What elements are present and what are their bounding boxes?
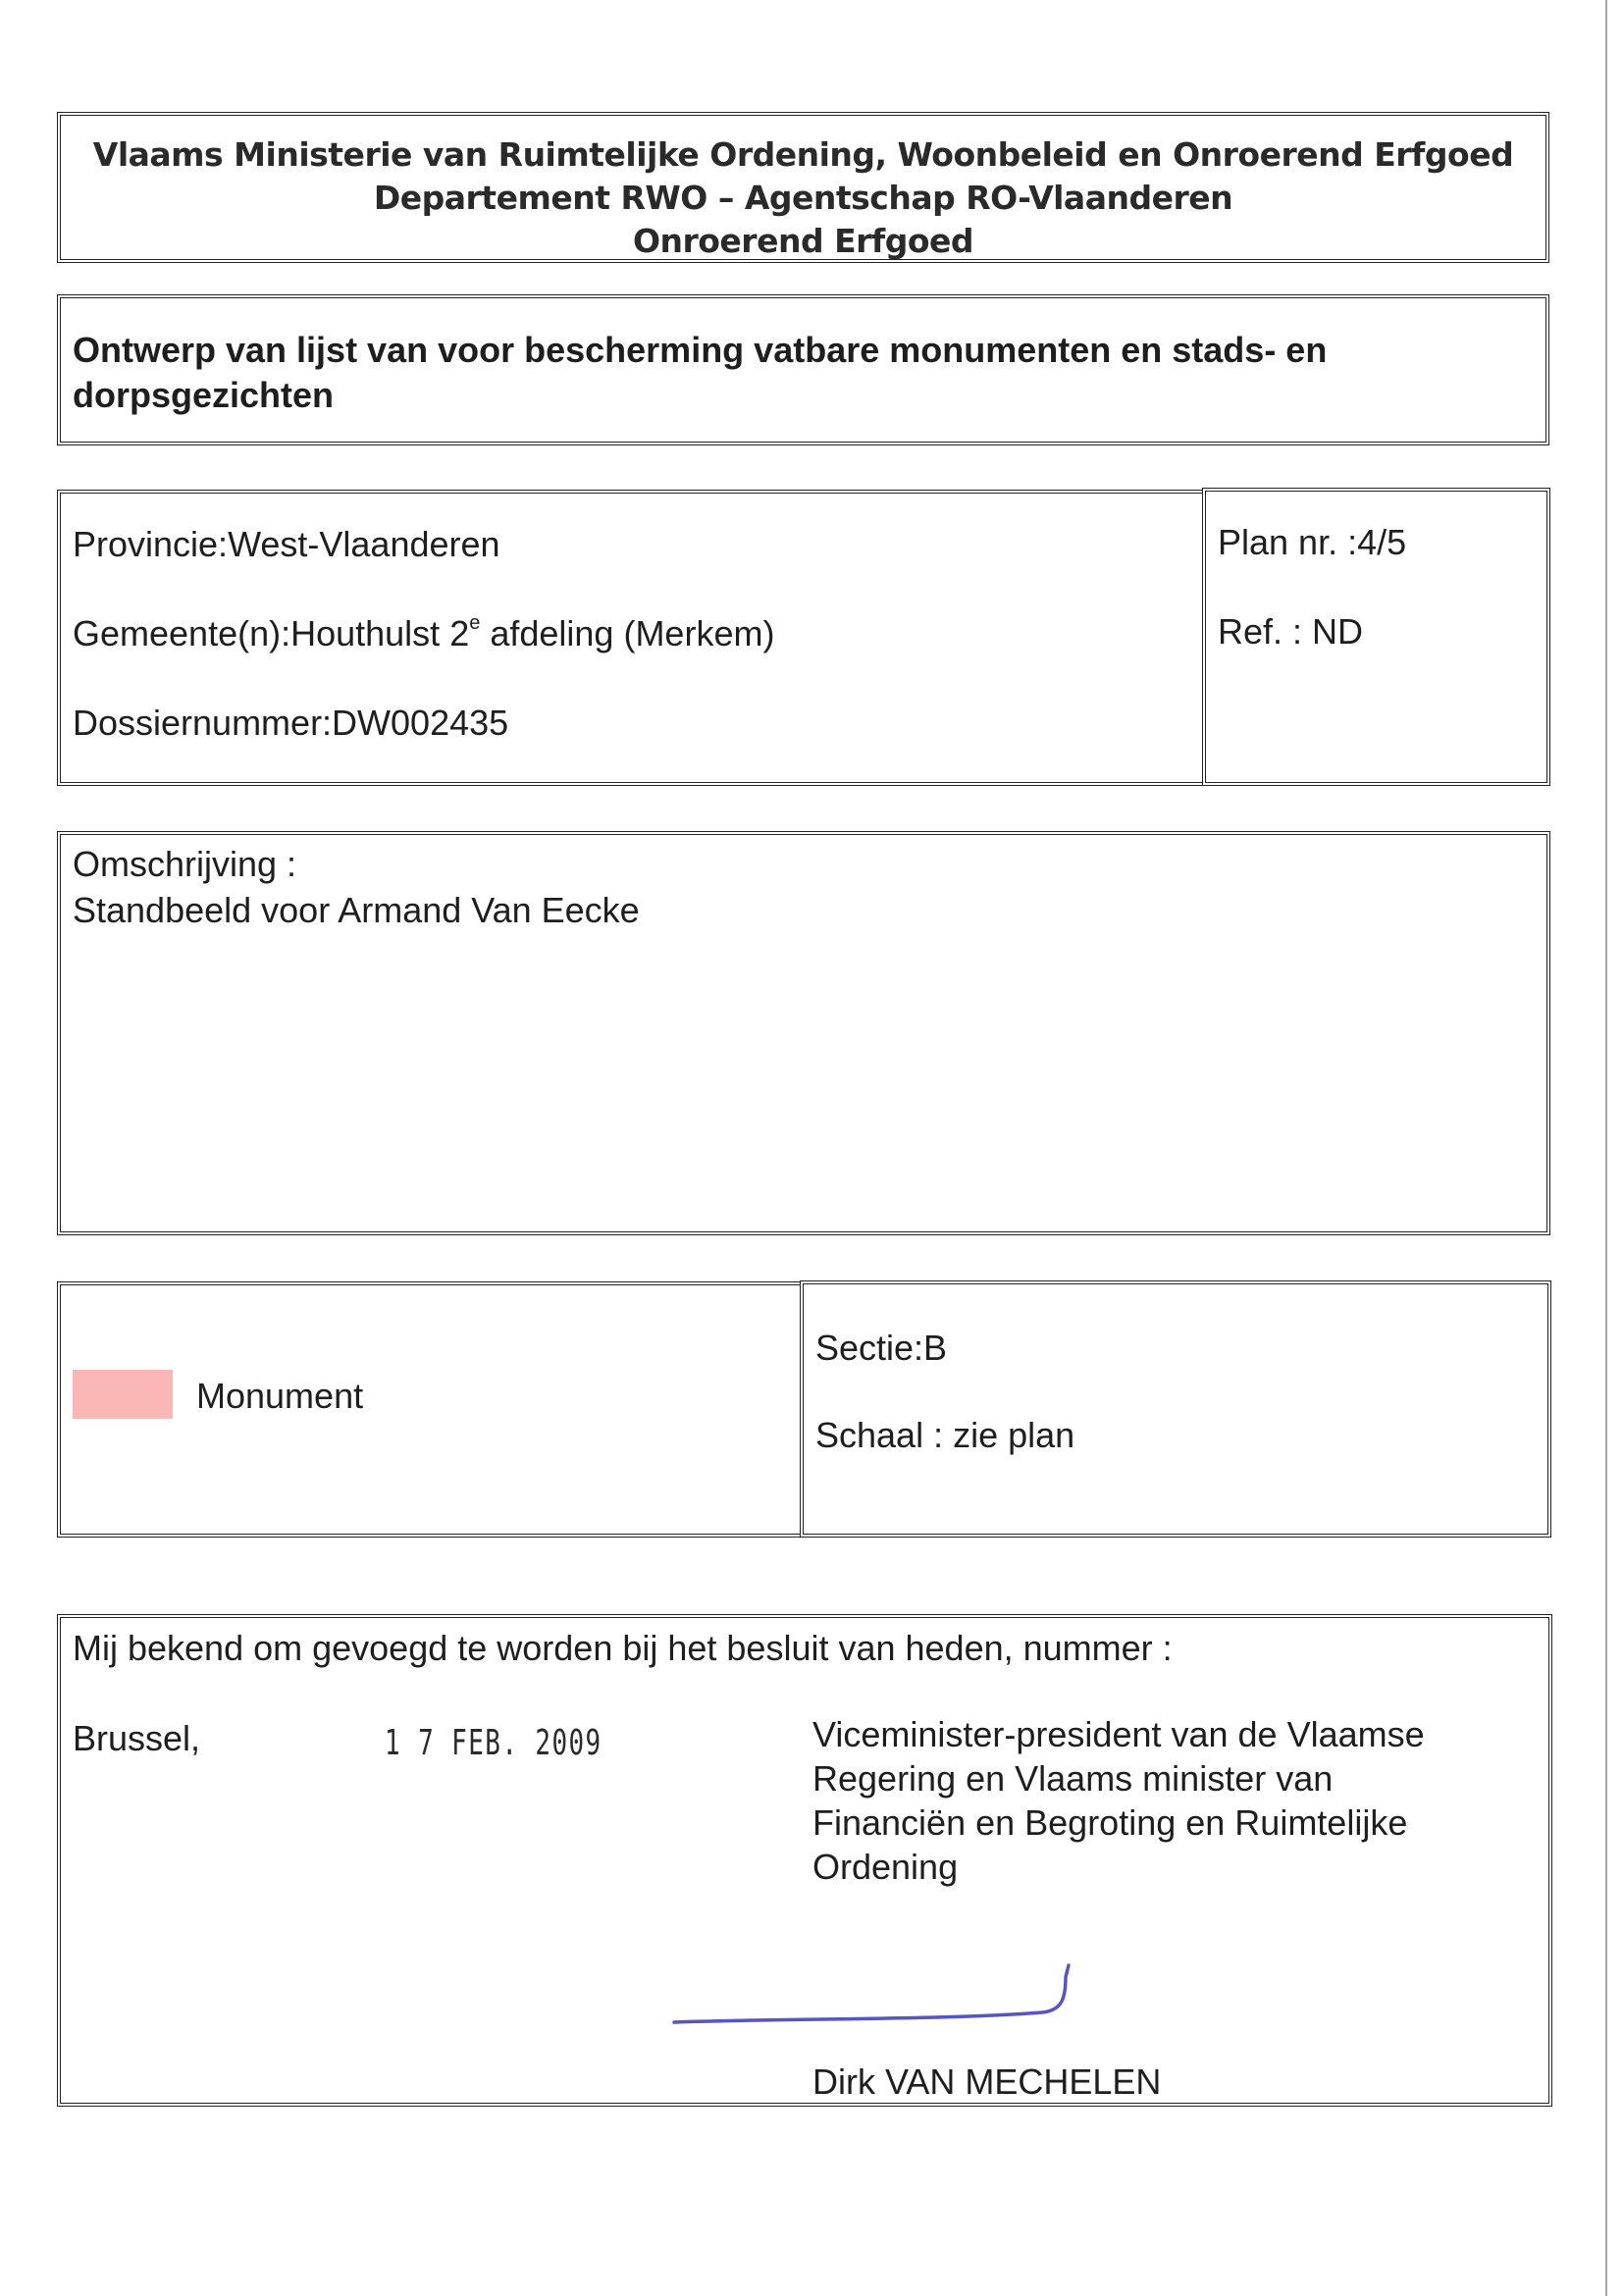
scan-edge-line [1605, 0, 1607, 2296]
minister-title-line: Regering en Vlaams minister van [812, 1756, 1499, 1800]
gemeente-field: Gemeente(n):Houthulst 2e afdeling (Merke… [73, 613, 774, 654]
legend-box: Monument [57, 1281, 805, 1538]
ministry-header-box: Vlaams Ministerie van Ruimtelijke Ordeni… [57, 112, 1549, 263]
plan-number-field: Plan nr. :4/5 [1218, 522, 1406, 563]
handwritten-signature [650, 1942, 1140, 2040]
gemeente-prefix: Gemeente(n):Houthulst 2 [73, 613, 469, 653]
approval-statement: Mij bekend om gevoegd te worden bij het … [73, 1628, 1173, 1669]
reference-field: Ref. : ND [1218, 611, 1363, 652]
signer-name: Dirk VAN MECHELEN [812, 2061, 1161, 2103]
date-stamp: 1 7 FEB. 2009 [385, 1723, 602, 1763]
description-box: Omschrijving : Standbeeld voor Armand Va… [57, 831, 1550, 1235]
document-title: Ontwerp van lijst van voor bescherming v… [73, 330, 1327, 415]
legend-label: Monument [196, 1376, 363, 1417]
location-info-box: Provincie:West-Vlaanderen Gemeente(n):Ho… [57, 490, 1207, 786]
gemeente-superscript: e [469, 612, 480, 634]
sectie-field: Sectie:B [815, 1328, 947, 1369]
minister-title: Viceminister-president van de Vlaamse Re… [812, 1712, 1499, 1889]
description-value: Standbeeld voor Armand Van Eecke [73, 887, 1546, 933]
department-name: Departement RWO – Agentschap RO-Vlaander… [61, 177, 1545, 220]
minister-title-line: Viceminister-president van de Vlaamse [812, 1712, 1499, 1756]
monument-color-swatch [73, 1370, 173, 1419]
document-title-box: Ontwerp van lijst van voor bescherming v… [57, 294, 1549, 445]
dossiernummer-field: Dossiernummer:DW002435 [73, 703, 508, 744]
gemeente-suffix: afdeling (Merkem) [480, 613, 774, 653]
signature-box: Mij bekend om gevoegd te worden bij het … [57, 1614, 1552, 2107]
agency-name: Onroerend Erfgoed [61, 220, 1545, 263]
description-label: Omschrijving : [73, 841, 1546, 887]
plan-info-box: Plan nr. :4/5 Ref. : ND [1202, 488, 1550, 786]
minister-title-line: Financiën en Begroting en Ruimtelijke [812, 1800, 1499, 1845]
section-box: Sectie:B Schaal : zie plan [800, 1280, 1551, 1538]
schaal-field: Schaal : zie plan [815, 1415, 1074, 1456]
minister-title-line: Ordening [812, 1845, 1499, 1889]
place-label: Brussel, [73, 1718, 200, 1759]
ministry-name: Vlaams Ministerie van Ruimtelijke Ordeni… [61, 133, 1545, 177]
provincie-field: Provincie:West-Vlaanderen [73, 524, 500, 565]
